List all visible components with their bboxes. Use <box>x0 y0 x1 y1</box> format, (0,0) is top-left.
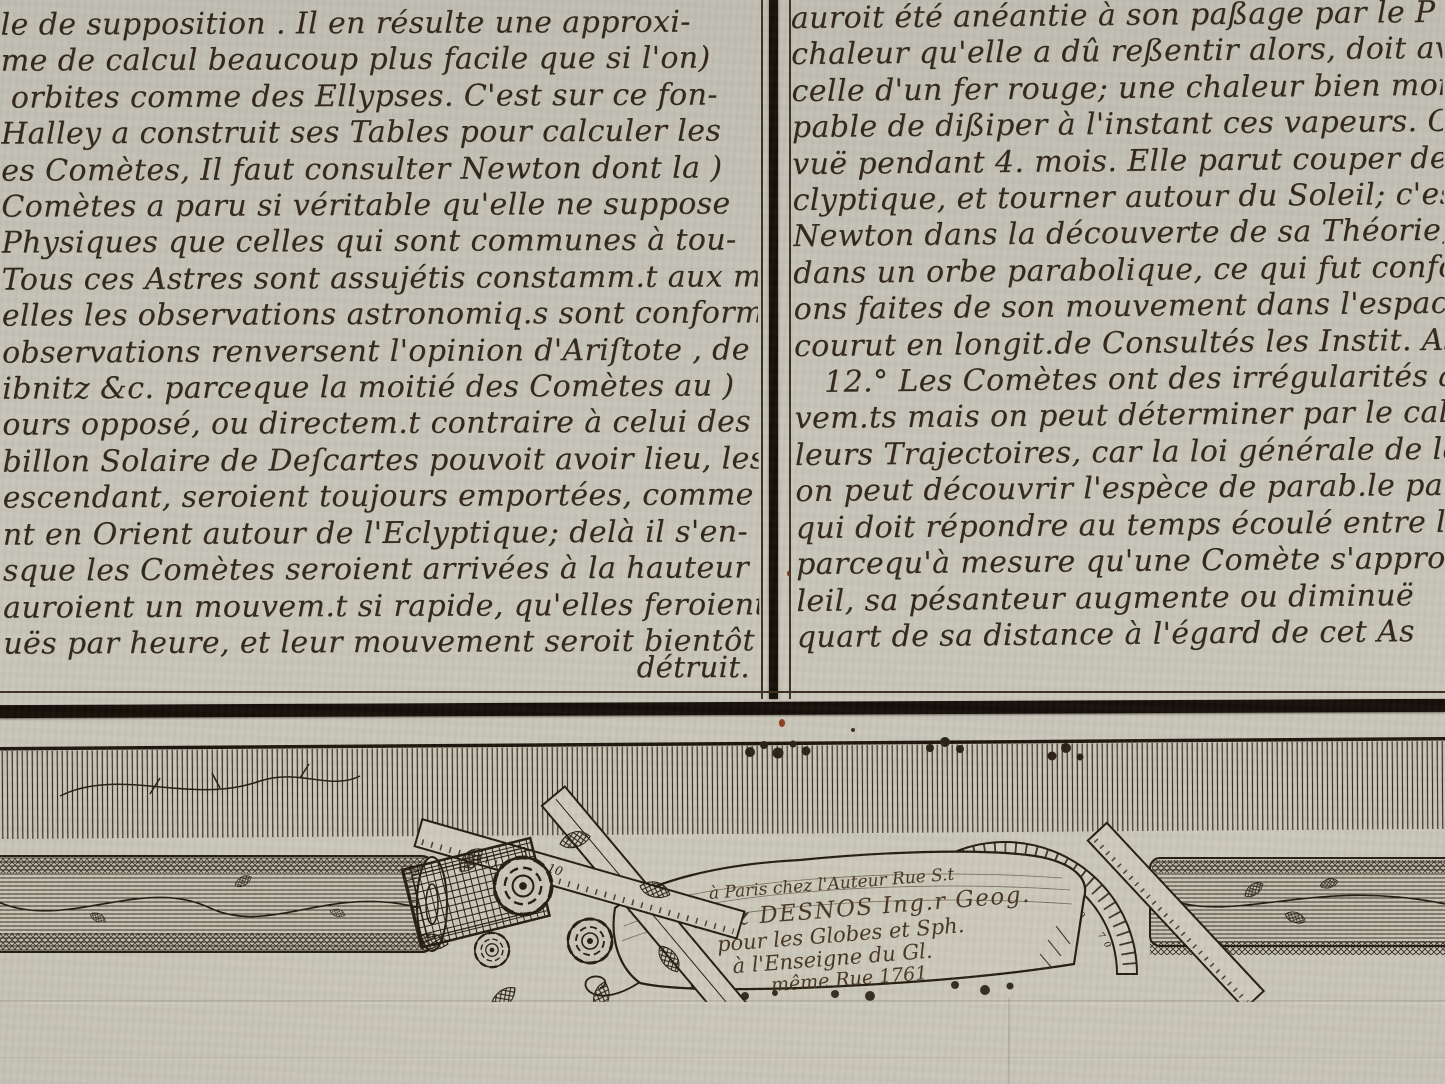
panel-bottom-rule <box>0 691 1445 693</box>
text-line: me de calcul beaucoup plus facile que si… <box>1 41 757 81</box>
text-line: observations renversent l'opinion d'Ariſ… <box>2 332 758 372</box>
column-divider-right-line <box>789 0 791 699</box>
text-line: orbites comme des Ellypses. C'est sur ce… <box>1 77 757 117</box>
engraving-photo: le de supposition . Il en résulte une ap… <box>0 0 1445 1084</box>
text-line: Comètes a paru si véritable qu'elle ne s… <box>1 186 757 226</box>
text-line: vem.ts mais on peut déterminer par le ca… <box>795 395 1445 438</box>
text-line: on peut découvrir l'espèce de parab.le p… <box>795 468 1445 511</box>
right-text-column: auroit été anéantie à son paßage par le … <box>791 0 1445 691</box>
text-line: courut en longit.de Consultés les Instit… <box>794 323 1445 366</box>
dust-speck <box>851 728 855 732</box>
column-divider-left-line <box>761 0 763 699</box>
text-line: sque les Comètes seroient arrivées à la … <box>3 550 759 590</box>
text-line: ours opposé, ou directem.t contraire à c… <box>2 405 758 445</box>
decorative-border: 10 20 30 40 50 60 70 80 à Paris chez l'A… <box>0 736 1445 1002</box>
text-line: Physiques que celles qui sont communes à… <box>1 223 757 263</box>
text-line: billon Solaire de Deſcartes pouvoit avoi… <box>2 441 758 481</box>
text-line: Newton dans la découverte de sa Théorie,… <box>793 213 1444 256</box>
dust-speck <box>779 719 785 727</box>
text-line: auroient un mouvem.t si rapide, qu'elles… <box>3 587 759 627</box>
text-line: Tous ces Astres sont assujétis constamm.… <box>2 259 758 299</box>
text-line: ons faites de son mouvement dans l'espac… <box>793 286 1444 329</box>
text-line: celle d'un fer rouge; une chaleur bien m… <box>791 68 1442 111</box>
text-line: dans un orbe parabolique, ce qui fut con… <box>793 250 1444 293</box>
text-line: parcequ'à mesure qu'une Comète s'approc <box>796 541 1445 584</box>
text-line: nt en Orient autour de l'Eclyptique; del… <box>3 514 759 554</box>
text-line: pable de dißiper à l'instant ces vapeurs… <box>792 104 1443 147</box>
separator-band <box>0 699 1445 718</box>
left-column-last-word: détruit. <box>560 650 750 684</box>
scroll-curl <box>585 976 640 995</box>
cornice-hatch-band <box>0 737 1445 839</box>
text-line: quart de sa distance à l'égard de cet As <box>797 614 1445 657</box>
text-line: clyptique, et tourner autour du Soleil; … <box>792 177 1443 220</box>
text-line: Halley a construit ses Tables pour calcu… <box>1 114 757 154</box>
paper-crease-vertical <box>1008 998 1010 1084</box>
dust-speck <box>787 571 790 576</box>
text-line: qui doit répondre au temps écoulé entre … <box>796 505 1445 548</box>
text-line: es Comètes, Il faut consulter Newton don… <box>1 150 757 190</box>
left-text-column: le de supposition . Il en résulte une ap… <box>1 4 760 689</box>
paper-crease-horizontal-2 <box>0 1057 1445 1060</box>
text-line: vuë pendant 4. mois. Elle parut couper d… <box>792 141 1443 184</box>
text-line: leil, sa pésanteur augmente ou diminuë <box>796 577 1445 620</box>
text-line: leurs Trajectoires, car la loi générale … <box>795 432 1445 475</box>
text-line: escendant, seroient toujours emportées, … <box>3 478 759 518</box>
text-line: ibnitz &c. parceque la moitié des Comète… <box>2 368 758 408</box>
text-line: chaleur qu'elle a dû reßentir alors, doi… <box>791 31 1442 74</box>
map-roll-left <box>0 856 447 952</box>
text-line: elles les observations astronomiq.s sont… <box>2 296 758 336</box>
paper-crease-horizontal <box>0 1000 1445 1004</box>
text-line: 12.° Les Comètes ont des irrégularités a… <box>794 359 1445 402</box>
column-divider-bar <box>769 0 778 699</box>
text-line: le de supposition . Il en résulte une ap… <box>1 4 757 44</box>
